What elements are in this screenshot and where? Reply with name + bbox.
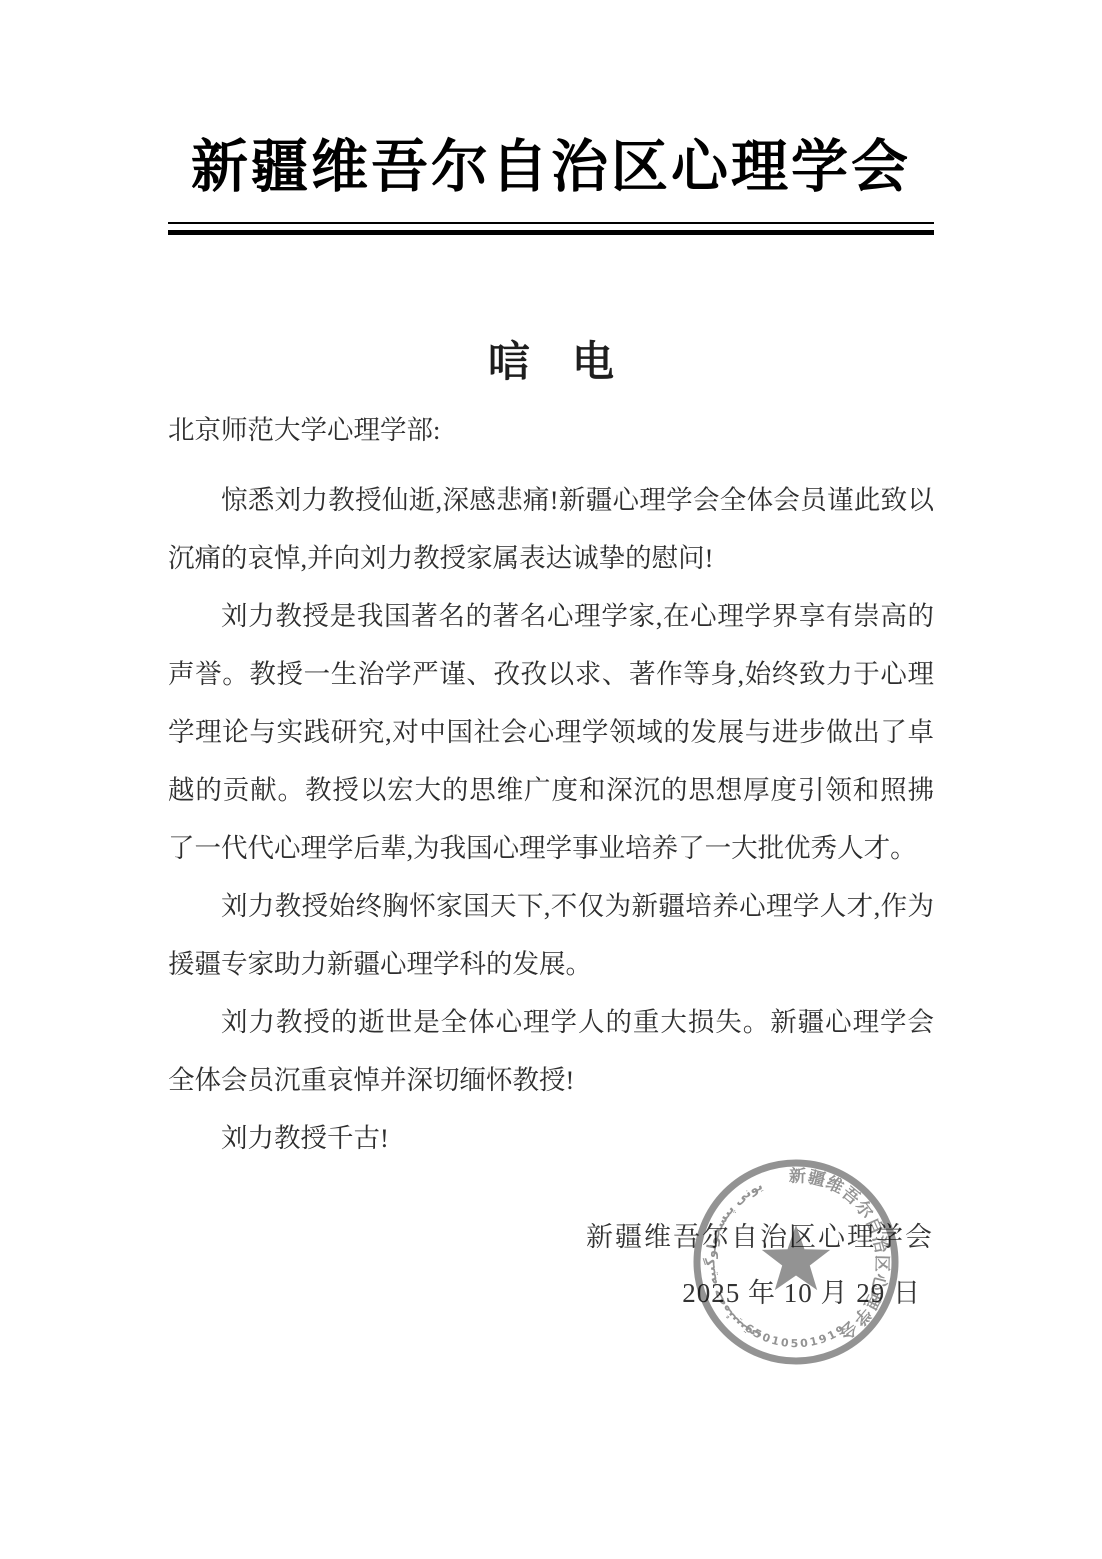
official-seal: 新疆维吾尔自治区心理学会 شىنجاڭ ئۇيغۇر ئاپتونوم رايو… [681,1147,911,1377]
letterhead-double-rule [168,222,934,235]
rule-thin [168,222,934,224]
salutation: 北京师范大学心理学部: [168,401,934,459]
body-paragraph: 惊悉刘力教授仙逝,深感悲痛!新疆心理学会全体会员谨此致以沉痛的哀悼,并向刘力教授… [168,471,934,587]
condolence-letter-page: 新疆维吾尔自治区心理学会 唁 电 北京师范大学心理学部: 惊悉刘力教授仙逝,深感… [0,0,1102,1559]
body-paragraph: 刘力教授始终胸怀家国天下,不仅为新疆培养心理学人才,作为援疆专家助力新疆心理学科… [168,877,934,993]
body-paragraph: 刘力教授是我国著名的著名心理学家,在心理学界享有崇高的声誉。教授一生治学严谨、孜… [168,587,934,877]
rule-thick [168,230,934,235]
body-paragraph: 刘力教授的逝世是全体心理学人的重大损失。新疆心理学会全体会员沉重哀悼并深切缅怀教… [168,993,934,1109]
letter-body: 北京师范大学心理学部: 惊悉刘力教授仙逝,深感悲痛!新疆心理学会全体会员谨此致以… [168,401,934,1167]
star-icon [762,1225,830,1290]
document-heading: 唁 电 [0,335,1102,391]
letterhead-org-title: 新疆维吾尔自治区心理学会 [0,126,1102,210]
